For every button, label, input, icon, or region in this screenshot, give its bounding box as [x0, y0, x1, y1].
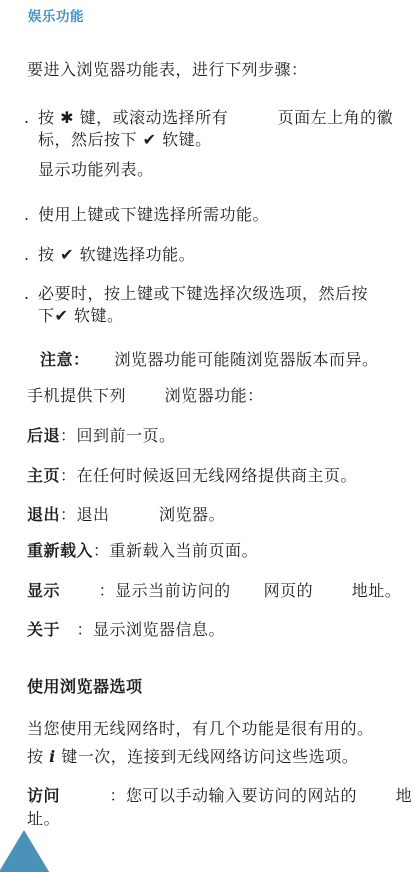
step-marker: .: [24, 283, 29, 305]
feature-desc: ：在任何时候返回无线网络提供商主页。: [60, 466, 357, 485]
feature-show-url: 显示 ：显示当前访问的 网页的 地址。: [27, 580, 401, 602]
feature-reload: 重新载入：重新载入当前页面。: [27, 540, 258, 562]
feature-exit: 退出：退出 浏览器。: [27, 504, 225, 526]
step-line: 下✔ 软键。: [38, 305, 368, 327]
feature-desc: ：回到前一页。: [60, 426, 176, 445]
step-line: 必要时，按上键或下键选择次级选项，然后按: [38, 283, 368, 305]
access-term: 访问: [27, 786, 60, 805]
feature-term: 主页: [27, 466, 60, 485]
access-paragraph: 访问 ：您可以手动输入要访问的网站的 地 址。: [27, 784, 412, 830]
usage-line-2: 按 i 键一次，连接到无线网络访问这些选项。: [27, 743, 374, 771]
usage-line-2-post: 键一次，连接到无线网络访问这些选项。: [56, 747, 359, 766]
feature-term: 退出: [27, 505, 60, 524]
usage-line-2-pre: 按: [27, 747, 49, 766]
note-text: 浏览器功能可能随浏览器版本而异。: [82, 350, 379, 369]
feature-term: 显示: [27, 581, 60, 600]
feature-desc: ：退出 浏览器。: [60, 505, 225, 524]
feature-about: 关于 ：显示浏览器信息。: [27, 619, 225, 641]
usage-paragraph: 当您使用无线网络时，有几个功能是很有用的。 按 i 键一次，连接到无线网络访问这…: [27, 715, 374, 771]
step-marker: .: [24, 107, 29, 129]
page-header-title: 娱乐功能: [28, 5, 84, 25]
usage-line-1: 当您使用无线网络时，有几个功能是很有用的。: [27, 715, 374, 743]
features-intro: 手机提供下列 浏览器功能：: [27, 385, 264, 407]
feature-desc: ：显示当前访问的 网页的 地址。: [60, 581, 401, 600]
access-desc: ：您可以手动输入要访问的网站的 地: [60, 786, 412, 805]
page-corner-triangle-icon: [0, 830, 54, 872]
feature-back: 后退：回到前一页。: [27, 425, 176, 447]
feature-desc: ：重新载入当前页面。: [93, 541, 258, 560]
intro-paragraph: 要进入浏览器功能表，进行下列步骤：: [27, 59, 308, 81]
note-line: 注意： 浏览器功能可能随浏览器版本而异。: [40, 349, 379, 371]
step-result-text: 显示功能列表。: [38, 159, 154, 181]
access-line-2: 址。: [27, 807, 412, 830]
feature-desc: ：显示浏览器信息。: [60, 620, 225, 639]
info-key-icon: i: [49, 747, 56, 766]
feature-term: 关于: [27, 620, 60, 639]
step-item-3: 按 ✔ 软键选择功能。: [38, 244, 195, 266]
step-line: 标，然后按下 ✔ 软键。: [38, 129, 393, 151]
step-item-2: 使用上键或下键选择所需功能。: [38, 204, 269, 226]
step-line: 按 ✱ 键，或滚动选择所有 页面左上角的徽: [38, 107, 393, 129]
note-label: 注意：: [40, 350, 82, 369]
feature-home: 主页：在任何时候返回无线网络提供商主页。: [27, 465, 357, 487]
feature-term: 重新载入: [27, 541, 93, 560]
step-marker: .: [24, 204, 29, 226]
manual-page: 娱乐功能 要进入浏览器功能表，进行下列步骤： . 按 ✱ 键，或滚动选择所有 页…: [0, 0, 415, 872]
section-heading: 使用浏览器选项: [27, 676, 143, 698]
step-item-4: 必要时，按上键或下键选择次级选项，然后按 下✔ 软键。: [38, 283, 368, 327]
access-line-1: 访问 ：您可以手动输入要访问的网站的 地: [27, 784, 412, 807]
step-item-1: 按 ✱ 键，或滚动选择所有 页面左上角的徽 标，然后按下 ✔ 软键。: [38, 107, 393, 151]
step-marker: .: [24, 244, 29, 266]
feature-term: 后退: [27, 426, 60, 445]
